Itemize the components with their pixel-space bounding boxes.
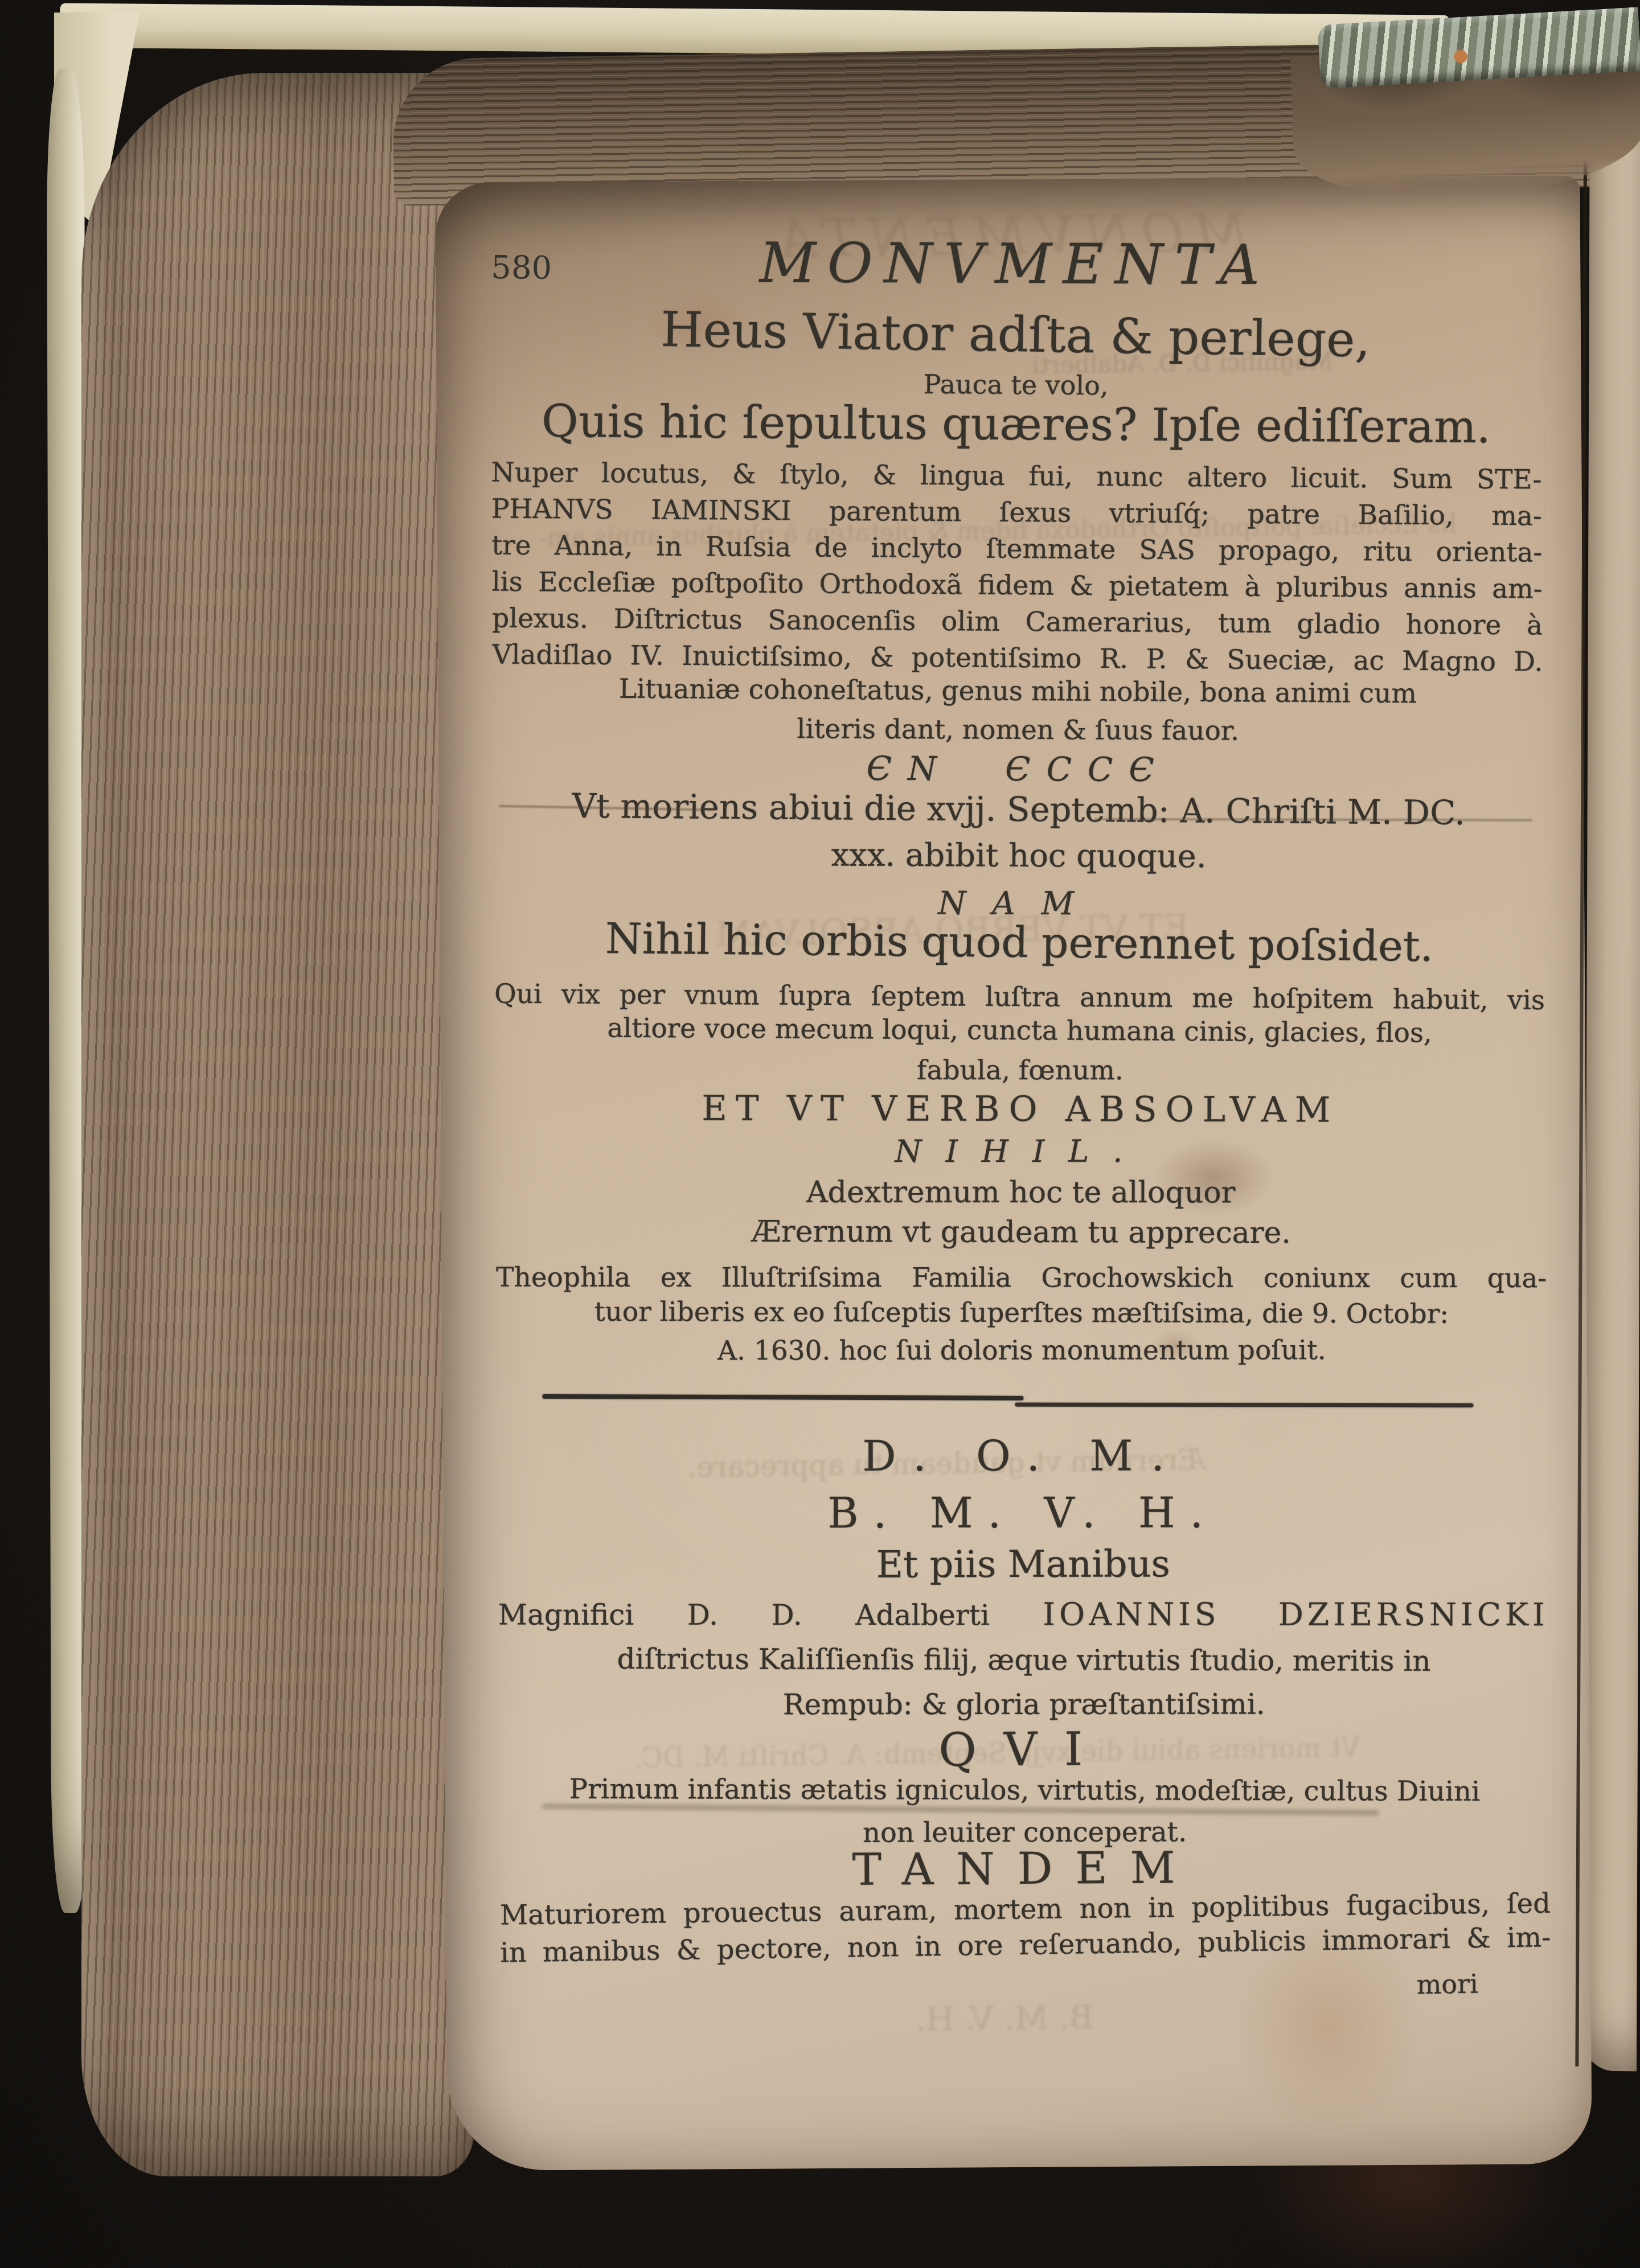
epitaph1-nihil-line: altiore voce mecum loqui, cuncta humana … xyxy=(526,1012,1514,1050)
epitaph1-nihil-line: fabula, fœnum. xyxy=(495,1054,1545,1087)
epitaph2-line: Primum infantis ætatis igniculos, virtut… xyxy=(515,1773,1534,1808)
epitaph2-qvi: QVI xyxy=(499,1720,1550,1780)
epitaph1-en-ecce: ЄN ЄCCЄ xyxy=(493,747,1544,791)
page-edges-fore-edge-stack xyxy=(81,73,474,2176)
book-photograph: MONVMENTA Magnifici D. D. Adalberti lis … xyxy=(0,0,1640,2268)
epitaph2-name-prefix: Magnifici D. D. Adalberti xyxy=(498,1599,990,1632)
epitaph1-body-line: literis dant, nomen & ſuus fauor. xyxy=(493,712,1543,748)
book-page: MONVMENTA Magnifici D. D. Adalberti lis … xyxy=(435,176,1592,2171)
epitaph2-dom: D. O. M. xyxy=(497,1431,1548,1481)
epitaph1-salutation: Heus Viator adſta & perlege, xyxy=(490,299,1541,371)
epitaph2-name-caps: IOANNIS DZIERSNICKI xyxy=(1043,1596,1548,1633)
epitaph1-body-line: tre Anna, in Ruſsia de inclyto ſtemmate … xyxy=(491,530,1542,569)
epitaph1-dedication-line: Theophila ex Illuſtriſsima Familia Groch… xyxy=(496,1262,1547,1295)
text-block: 580 MONVMENTA Heus Viator adſta & perleg… xyxy=(489,176,1552,2170)
epitaph1-verbo-heading: ET VT VERBO ABSOLVAM xyxy=(495,1088,1545,1131)
running-title: MONVMENTA xyxy=(490,229,1540,298)
epitaph1-body-line: lis Eccleſiæ poſtpoſito Orthodoxã fidem … xyxy=(491,566,1542,605)
epitaph1-nihil-line: Qui vix per vnum ſupra ſeptem luſtra ann… xyxy=(494,979,1545,1016)
epitaph2-name-line: Magnifici D. D. Adalberti IOANNIS DZIERS… xyxy=(498,1596,1549,1633)
epitaph1-body-line: Lituaniæ cohoneſtatus, genus mihi nobile… xyxy=(493,672,1543,710)
epitaph1-alloquor-line: Adextremum hoc te alloquor xyxy=(495,1175,1546,1210)
section-divider-rule xyxy=(1015,1403,1473,1407)
epitaph1-body-line: Vladiſlao IV. Inuictiſsimo, & potentiſsi… xyxy=(492,639,1543,678)
catchword: mori xyxy=(1416,1969,1478,2000)
epitaph1-body-line: Nuper locutus, & ſtylo, & lingua fui, nu… xyxy=(491,457,1541,496)
epitaph1-body-line: plexus. Diſtrictus Sanocenſis olim Camer… xyxy=(492,603,1543,642)
epitaph2-line: diſtrictus Kaliſſienſis filij, æque virt… xyxy=(561,1642,1486,1678)
epitaph1-nihil-word: NIHIL. xyxy=(495,1133,1546,1170)
epitaph1-death-date: xxx. abibit hoc quoque. xyxy=(493,835,1544,877)
epitaph1-dedication-line: tuor liberis ex eo ſuſceptis ſuperſtes m… xyxy=(570,1296,1474,1330)
epitaph1-dedication-line: A. 1630. hoc ſui doloris monumentum poſu… xyxy=(497,1334,1547,1367)
epitaph1-body-line: PHANVS IAMINSKI parentum ſexus vtriuſq́;… xyxy=(491,494,1542,532)
epitaph2-manibus: Et piis Manibus xyxy=(498,1542,1548,1587)
epitaph1-nihil-heading: Nihil hic orbis quod perennet poſsidet. xyxy=(494,913,1545,972)
epitaph1-question: Quis hic ſepultus quæres? Ipſe ediſſeram… xyxy=(491,395,1542,453)
epitaph2-bmvh: B. M. V. H. xyxy=(498,1488,1548,1538)
epitaph1-alloquor-line: Ærernum vt gaudeam tu apprecare. xyxy=(496,1214,1547,1251)
epitaph2-line: Rempub: & gloria præſtantiſsimi. xyxy=(499,1687,1549,1721)
next-page-sliver xyxy=(1583,72,1640,2071)
